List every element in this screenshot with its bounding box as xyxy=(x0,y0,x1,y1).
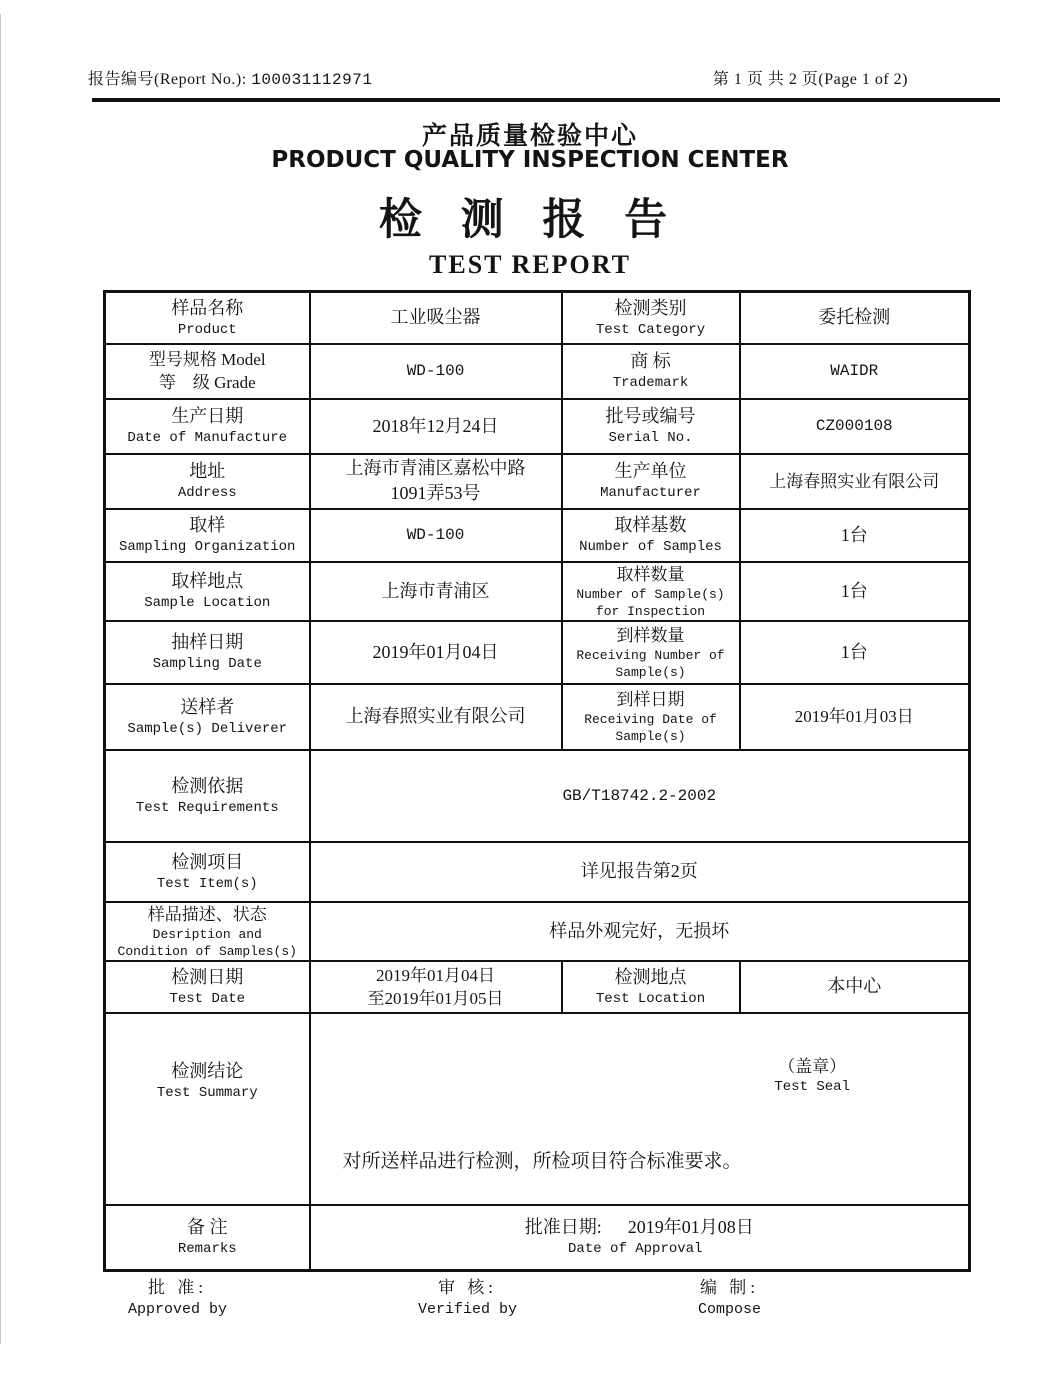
table-row: 送样者Sample(s) Deliverer 上海春照实业有限公司 到样日期Re… xyxy=(105,684,970,750)
number-of-samples-label: 取样基数Number of Samples xyxy=(562,509,740,562)
approval-date-block: 批准日期:2019年01月08日 Date of Approval xyxy=(311,1215,969,1259)
test-location-label: 检测地点Test Location xyxy=(562,961,740,1013)
header-divider-rule xyxy=(92,98,1000,102)
serial-no-value: CZ000108 xyxy=(740,399,970,454)
test-summary-text: 对所送样品进行检测，所检项目符合标准要求。 xyxy=(343,1149,742,1174)
deliverer-label: 送样者Sample(s) Deliverer xyxy=(105,684,310,750)
table-row: 检测结论Test Summary 对所送样品进行检测，所检项目符合标准要求。 （… xyxy=(105,1013,970,1205)
remarks-value: 批准日期:2019年01月08日 Date of Approval xyxy=(310,1205,970,1271)
report-page: 报告编号(Report No.): 100031112971 第 1 页 共 2… xyxy=(0,0,1060,1400)
report-number-value: 100031112971 xyxy=(251,71,372,89)
compose-zh: 编 制: xyxy=(698,1276,761,1299)
sample-location-value: 上海市青浦区 xyxy=(310,562,562,621)
sampling-org-value: WD-100 xyxy=(310,509,562,562)
trademark-value: WAIDR xyxy=(740,344,970,399)
product-value: 工业吸尘器 xyxy=(310,292,562,344)
table-row: 检测项目Test Item(s) 详见报告第2页 xyxy=(105,842,970,902)
approved-by-zh: 批 准: xyxy=(128,1276,227,1299)
serial-no-label: 批号或编号Serial No. xyxy=(562,399,740,454)
table-row: 型号规格 Model等 级 Grade WD-100 商 标Trademark … xyxy=(105,344,970,399)
test-date-label: 检测日期Test Date xyxy=(105,961,310,1013)
manufacture-date-label: 生产日期Date of Manufacture xyxy=(105,399,310,454)
table-row: 抽样日期Sampling Date 2019年01月04日 到样数量Receiv… xyxy=(105,621,970,684)
model-grade-label: 型号规格 Model等 级 Grade xyxy=(105,344,310,399)
samples-for-inspection-label: 取样数量Number of Sample(s)for Inspection xyxy=(562,562,740,621)
approval-date-label-zh: 批准日期: xyxy=(525,1217,602,1237)
product-label: 样品名称Product xyxy=(105,292,310,344)
receiving-date-label: 到样日期Receiving Date ofSample(s) xyxy=(562,684,740,750)
verified-by-zh: 审 核: xyxy=(418,1276,517,1299)
deliverer-value: 上海春照实业有限公司 xyxy=(310,684,562,750)
table-row: 备 注Remarks 批准日期:2019年01月08日 Date of Appr… xyxy=(105,1205,970,1271)
report-table: 样品名称Product 工业吸尘器 检测类别Test Category 委托检测… xyxy=(103,290,971,1272)
report-title-zh: 检 测 报 告 xyxy=(0,186,1060,247)
table-row: 检测依据Test Requirements GB/T18742.2-2002 xyxy=(105,750,970,842)
report-number-line: 报告编号(Report No.): 100031112971 xyxy=(88,66,372,89)
address-label: 地址Address xyxy=(105,454,310,509)
table-row: 样品描述、状态Desription andCondition of Sample… xyxy=(105,902,970,961)
number-of-samples-value: 1台 xyxy=(740,509,970,562)
manufacturer-value: 上海春照实业有限公司 xyxy=(740,454,970,509)
table-row: 样品名称Product 工业吸尘器 检测类别Test Category 委托检测 xyxy=(105,292,970,344)
seal-label-zh: （盖章） xyxy=(774,1055,850,1078)
approved-by-block: 批 准: Approved by xyxy=(128,1276,227,1320)
seal-label-en: Test Seal xyxy=(774,1078,850,1097)
table-row: 生产日期Date of Manufacture 2018年12月24日 批号或编… xyxy=(105,399,970,454)
sampling-date-value: 2019年01月04日 xyxy=(310,621,562,684)
manufacturer-label: 生产单位Manufacturer xyxy=(562,454,740,509)
test-summary-label: 检测结论Test Summary xyxy=(105,1013,310,1205)
verified-by-en: Verified by xyxy=(418,1299,517,1320)
compose-en: Compose xyxy=(698,1299,761,1320)
samples-for-inspection-value: 1台 xyxy=(740,562,970,621)
test-seal-area: （盖章） Test Seal xyxy=(774,1055,850,1097)
sample-description-label: 样品描述、状态Desription andCondition of Sample… xyxy=(105,902,310,961)
sampling-org-label: 取样Sampling Organization xyxy=(105,509,310,562)
sample-location-label: 取样地点Sample Location xyxy=(105,562,310,621)
receiving-number-label: 到样数量Receiving Number ofSample(s) xyxy=(562,621,740,684)
manufacture-date-value: 2018年12月24日 xyxy=(310,399,562,454)
table-row: 取样Sampling Organization WD-100 取样基数Numbe… xyxy=(105,509,970,562)
test-items-value: 详见报告第2页 xyxy=(310,842,970,902)
model-value: WD-100 xyxy=(310,344,562,399)
approved-by-en: Approved by xyxy=(128,1299,227,1320)
report-title-en: TEST REPORT xyxy=(0,250,1060,280)
test-summary-value: 对所送样品进行检测，所检项目符合标准要求。 （盖章） Test Seal xyxy=(310,1013,970,1205)
verified-by-block: 审 核: Verified by xyxy=(418,1276,517,1320)
test-category-value: 委托检测 xyxy=(740,292,970,344)
test-category-label: 检测类别Test Category xyxy=(562,292,740,344)
remarks-label: 备 注Remarks xyxy=(105,1205,310,1271)
test-requirements-value: GB/T18742.2-2002 xyxy=(310,750,970,842)
address-value: 上海市青浦区嘉松中路1091弄53号 xyxy=(310,454,562,509)
compose-block: 编 制: Compose xyxy=(698,1276,761,1320)
test-items-label: 检测项目Test Item(s) xyxy=(105,842,310,902)
approval-date-label-en: Date of Approval xyxy=(310,1240,969,1259)
test-location-value: 本中心 xyxy=(740,961,970,1013)
table-row: 检测日期Test Date 2019年01月04日至2019年01月05日 检测… xyxy=(105,961,970,1013)
receiving-number-value: 1台 xyxy=(740,621,970,684)
trademark-label: 商 标Trademark xyxy=(562,344,740,399)
page-indicator: 第 1 页 共 2 页(Page 1 of 2) xyxy=(713,66,908,89)
report-number-label: 报告编号(Report No.): xyxy=(88,71,251,88)
center-name-en: PRODUCT QUALITY INSPECTION CENTER xyxy=(0,147,1060,173)
sample-description-value: 样品外观完好，无损坏 xyxy=(310,902,970,961)
test-date-value: 2019年01月04日至2019年01月05日 xyxy=(310,961,562,1013)
table-row: 地址Address 上海市青浦区嘉松中路1091弄53号 生产单位Manufac… xyxy=(105,454,970,509)
table-row: 取样地点Sample Location 上海市青浦区 取样数量Number of… xyxy=(105,562,970,621)
receiving-date-value: 2019年01月03日 xyxy=(740,684,970,750)
test-requirements-label: 检测依据Test Requirements xyxy=(105,750,310,842)
approval-date-value: 2019年01月08日 xyxy=(628,1217,754,1237)
sampling-date-label: 抽样日期Sampling Date xyxy=(105,621,310,684)
